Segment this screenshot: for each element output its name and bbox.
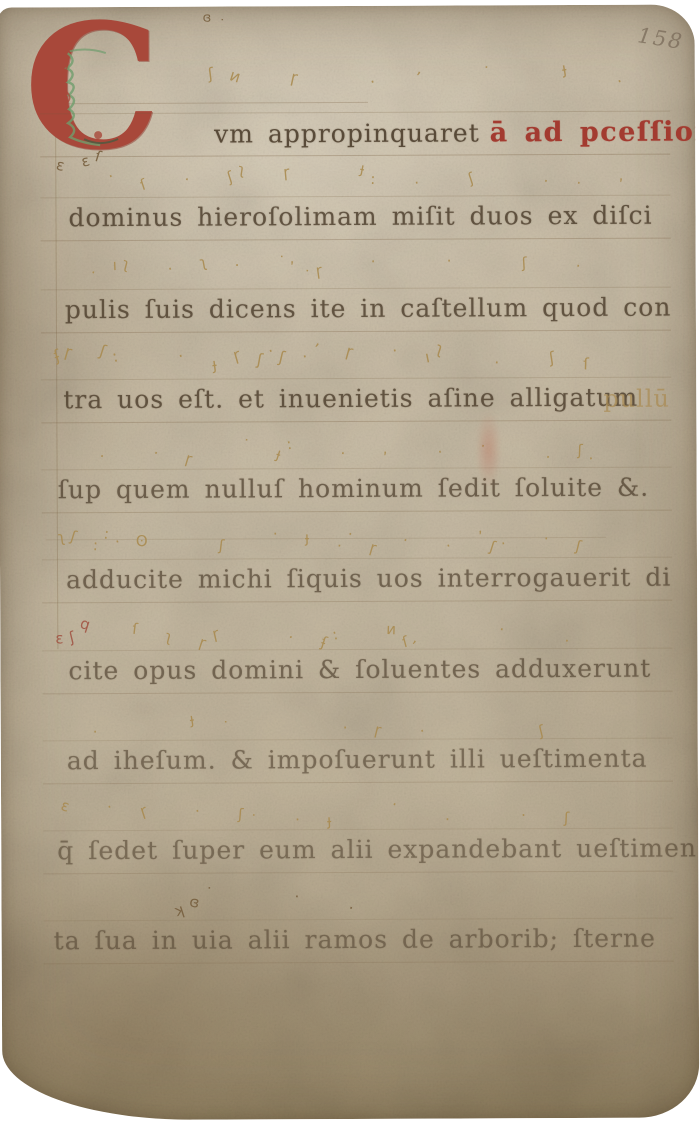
chant-text-line: ad iheſum. & impoſuerunt illi ueſtimenta — [53, 744, 659, 783]
red-pigment-smudge — [475, 409, 501, 489]
chant-text-line: cite opus domini & ſoluentes adduxerunt — [52, 654, 658, 693]
neume-band: · ıʅ · ʅ · ˙ʼ˙ɼ · · ʃ · — [91, 259, 587, 279]
neume-band: ɛʃq — [55, 623, 96, 641]
chant-text-line: ſup quem nulluſ hominum ſedit ſoluite &. — [52, 473, 658, 512]
ruling-line — [46, 537, 606, 540]
chant-text: ad iheſum. & impoſuerunt illi ueſtimenta — [53, 744, 648, 776]
rubric-text: ā ad pceſſionē — [490, 116, 700, 148]
neume-band: ſ ʅ ɼɼ · ʄ: иſ, · · — [132, 625, 575, 645]
neume-band: · ɟ ˙ · ɼ · ʃ — [93, 713, 550, 733]
chant-text: adducite michi ſiquis uos interrogauerit… — [52, 563, 671, 595]
neume-band: ɛ · ɼ · ʃ˙ · ɟ · · · ʃ — [61, 803, 575, 823]
neume-band: · ſ · ʃʅ ɼ ɟ: · ʃ · · ʼ — [108, 167, 630, 187]
neume-band: ʄɼ ʃ: · ɟ ɼ ʃ·ʃ ·ʼ ɼ · ıʅ · ʃ ſ — [54, 347, 594, 368]
chant-text-line: dominus hieroſolimam miſit duos ex diſci — [50, 201, 656, 240]
neume-band: ʅʃ ::· ʘ ʃ · ɟ ·· ɼ · · ʼʃ· · ʃ — [58, 531, 587, 551]
chant-text-line: tra uos eſt. et inuenietis aſine alligat… — [51, 383, 657, 422]
chant-text: q̄ ſedet ſuper eum alii expandebant ueſt… — [53, 833, 697, 865]
chant-text-line: vm appropinquaretā ad pceſſionē — [50, 117, 656, 156]
chant-text: vm appropinquaret — [50, 118, 480, 149]
chant-text: dominus hieroſolimam miſit duos ex diſci — [50, 201, 652, 233]
chant-text: ta ſua in uia alii ramos de arborib; ſte… — [54, 924, 656, 956]
marginal-word: pullū — [603, 385, 670, 413]
parchment-page: 158 C vm appropinquaretā ad pceſſionē do… — [0, 4, 699, 1120]
folio-number: 158 — [636, 23, 685, 54]
chant-text: pulis ſuis dicens ite in caſtellum quod … — [51, 293, 672, 325]
chant-text: ſup quem nulluſ hominum ſedit ſoluite &. — [52, 473, 650, 505]
manuscript-photo: 158 C vm appropinquaretā ad pceſſionē do… — [0, 0, 700, 1129]
chant-text-line: ta ſua in uia alii ramos de arborib; ſte… — [54, 924, 660, 963]
chant-text: cite opus domini & ſoluentes adduxerunt — [52, 654, 651, 686]
chant-text: tra uos eſt. et inuenietis aſine alligat… — [51, 383, 638, 415]
chant-text-line: q̄ ſedet ſuper eum alii expandebant ueſt… — [53, 834, 659, 873]
neume-band: ʞɞ˙ · · — [173, 892, 359, 911]
neume-band: ɞ˙ — [203, 11, 230, 26]
chant-text-line: pulis ſuis dicens ite in caſtellum quod … — [51, 293, 657, 332]
chant-text-line: adducite michi ſiquis uos interrogauerit… — [52, 563, 658, 602]
neume-band: ʃ и ɼ · ʼ ˙ ɟ · — [208, 63, 628, 84]
neume-band: · · ɼ ˙ ɟ: · ʼ · · · ʃ· — [99, 441, 599, 461]
